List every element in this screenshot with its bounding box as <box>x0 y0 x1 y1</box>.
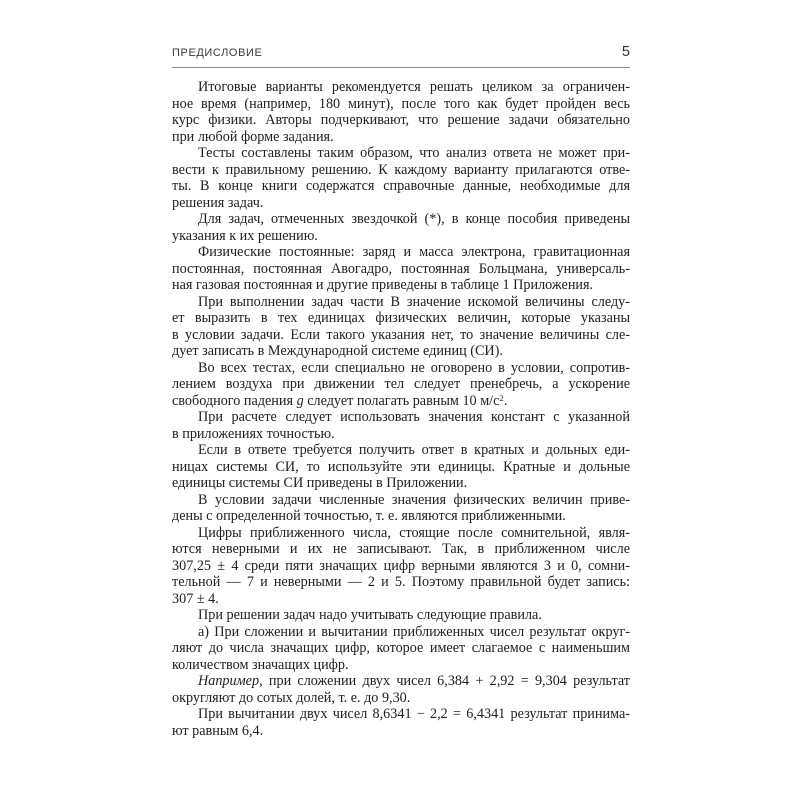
text-line: Например, при сложении двух чисел 6,384 … <box>172 673 630 690</box>
text-line: ницах системы СИ, то используйте эти еди… <box>172 459 630 476</box>
text-line: Физические постоянные: заряд и масса эле… <box>172 244 630 261</box>
text-line: ет выразить в тех единицах физических ве… <box>172 310 630 327</box>
text-line: лением воздуха при движении тел следует … <box>172 376 630 393</box>
text-line: 307 ± 4. <box>172 591 630 608</box>
text-line: При решении задач надо учитывать следующ… <box>172 607 630 624</box>
text-line: ются неверными и их не записывают. Так, … <box>172 541 630 558</box>
page-body: Итоговые варианты рекомендуется решать ц… <box>172 79 630 739</box>
text-line: решения задач. <box>172 195 630 212</box>
text-line: в приложениях точностью. <box>172 426 630 443</box>
text-line: а) При сложении и вычитании приближенных… <box>172 624 630 641</box>
text-line: дены с определенной точностью, т. е. явл… <box>172 508 630 525</box>
text-line: постоянная, постоянная Авогадро, постоян… <box>172 261 630 278</box>
text-line: Для задач, отмеченных звездочкой (*), в … <box>172 211 630 228</box>
chapter-title: ПРЕДИСЛОВИЕ <box>172 47 262 59</box>
text-line: указания к их решению. <box>172 228 630 245</box>
text-line: Итоговые варианты рекомендуется решать ц… <box>172 79 630 96</box>
text-line: округляют до сотых долей, т. е. до 9,30. <box>172 690 630 707</box>
text-line: количеством значащих цифр. <box>172 657 630 674</box>
text-line: ляют до числа значащих цифр, которое име… <box>172 640 630 657</box>
text-line: Если в ответе требуется получить ответ в… <box>172 442 630 459</box>
text-line: единицы системы СИ приведены в Приложени… <box>172 475 630 492</box>
text-line: ты. В конце книги содержатся справочные … <box>172 178 630 195</box>
text-line: свободного падения g следует полагать ра… <box>172 393 630 410</box>
text-line: В условии задачи численные значения физи… <box>172 492 630 509</box>
text-line: в условии задачи. Если такого указания н… <box>172 327 630 344</box>
book-page: ПРЕДИСЛОВИЕ 5 Итоговые варианты рекоменд… <box>0 0 800 798</box>
text-line: При расчете следует использовать значени… <box>172 409 630 426</box>
text-line: ное время (например, 180 минут), после т… <box>172 96 630 113</box>
running-header: ПРЕДИСЛОВИЕ 5 <box>172 44 630 68</box>
text-line: курс физики. Авторы подчеркивают, что ре… <box>172 112 630 129</box>
text-line: дует записать в Международной системе ед… <box>172 343 630 360</box>
text-line: При выполнении задач части В значение ис… <box>172 294 630 311</box>
text-line: При вычитании двух чисел 8,6341 − 2,2 = … <box>172 706 630 723</box>
text-line: Тесты составлены таким образом, что анал… <box>172 145 630 162</box>
text-line: ная газовая постоянная и другие приведен… <box>172 277 630 294</box>
text-line: 307,25 ± 4 среди пяти значащих цифр верн… <box>172 558 630 575</box>
text-line: Цифры приближенного числа, стоящие после… <box>172 525 630 542</box>
page-number: 5 <box>622 44 630 60</box>
text-line: вести к правильному решению. К каждому в… <box>172 162 630 179</box>
text-line: ют равным 6,4. <box>172 723 630 740</box>
text-line: Во всех тестах, если специально не огово… <box>172 360 630 377</box>
text-line: при любой форме задания. <box>172 129 630 146</box>
page-content: ПРЕДИСЛОВИЕ 5 Итоговые варианты рекоменд… <box>172 44 630 739</box>
text-line: тельной — 7 и неверными — 2 и 5. Поэтому… <box>172 574 630 591</box>
